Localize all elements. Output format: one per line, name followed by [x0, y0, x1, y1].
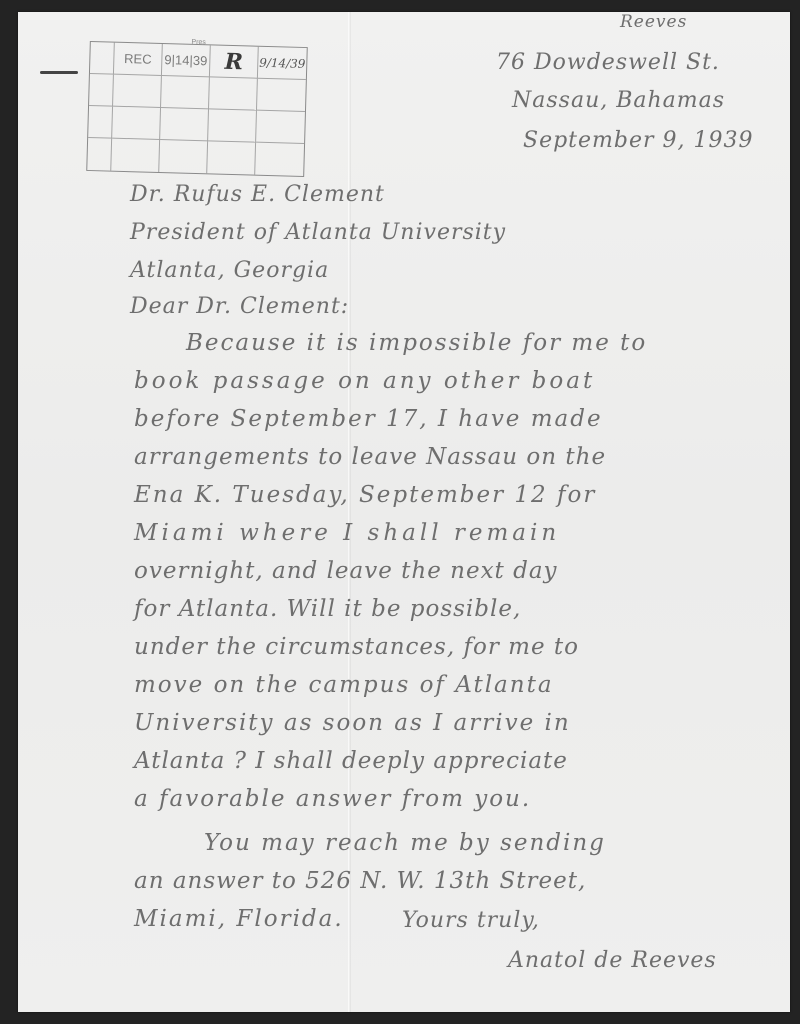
stamp-cell — [90, 42, 115, 75]
signature: Anatol de Reeves — [508, 948, 717, 973]
initials-mark: R — [224, 48, 243, 75]
stamp-cell — [160, 108, 209, 141]
body-line: move on the campus of Atlanta — [134, 672, 554, 698]
stamp-cell — [209, 77, 258, 110]
body-line: a favorable answer from you. — [134, 786, 531, 812]
body-line: Miami, Florida. — [134, 906, 344, 932]
letter-page: REC Pres 9|14|39 R 9/14/39 Reeves 76 Dow… — [18, 12, 790, 1012]
body-line: overnight, and leave the next day — [134, 558, 558, 584]
stamp-cell — [112, 107, 161, 140]
stamp-cell — [257, 79, 306, 112]
stamp-cell — [89, 74, 114, 107]
stamp-cell — [256, 111, 305, 144]
stamp-cell — [159, 140, 208, 173]
header-annotation: Reeves — [620, 12, 687, 32]
stamp-received-date: Pres 9|14|39 — [162, 44, 211, 77]
stamp-cell — [207, 141, 256, 174]
body-line: Ena K. Tuesday, September 12 for — [134, 482, 596, 508]
stamp-initials: R — [210, 45, 259, 78]
paperclip-mark — [40, 71, 78, 74]
body-line: Because it is impossible for me to — [186, 330, 647, 356]
body-line: before September 17, I have made — [134, 406, 603, 432]
body-line: arrangements to leave Nassau on the — [134, 444, 606, 470]
stamp-received-date-text: 9|14|39 — [164, 52, 207, 68]
received-stamp-grid: REC Pres 9|14|39 R 9/14/39 — [86, 41, 308, 177]
body-line: for Atlanta. Will it be possible, — [134, 596, 521, 622]
fold-crease-shadow — [350, 12, 351, 1012]
recipient-city: Atlanta, Georgia — [130, 258, 329, 283]
body-line: You may reach me by sending — [204, 830, 606, 856]
recipient-name: Dr. Rufus E. Clement — [130, 182, 385, 207]
stamp-cell — [113, 75, 162, 108]
sender-address-line1: 76 Dowdeswell St. — [496, 50, 720, 75]
stamp-cell — [208, 109, 257, 142]
stamp-cell — [161, 76, 210, 109]
recipient-title: President of Atlanta University — [130, 220, 506, 245]
stamp-cell — [255, 143, 304, 176]
stamp-cell — [88, 106, 113, 139]
fold-crease — [348, 12, 349, 1012]
body-line: Miami where I shall remain — [134, 520, 560, 546]
stamp-rec-label: REC — [114, 43, 163, 76]
body-line: under the circumstances, for me to — [134, 634, 579, 660]
salutation: Dear Dr. Clement: — [130, 294, 349, 319]
body-line: University as soon as I arrive in — [134, 710, 571, 736]
body-line: book passage on any other boat — [134, 368, 595, 394]
stamp-small-note: Pres — [191, 39, 206, 46]
stamp-cell — [111, 139, 160, 172]
stamp-second-date-text: 9/14/39 — [259, 55, 306, 70]
body-line: Atlanta ? I shall deeply appreciate — [134, 748, 568, 774]
body-line: an answer to 526 N. W. 13th Street, — [134, 868, 586, 894]
stamp-cell — [87, 138, 112, 171]
sender-address-line2: Nassau, Bahamas — [512, 88, 725, 113]
closing: Yours truly, — [402, 908, 540, 933]
letter-date: September 9, 1939 — [523, 128, 753, 153]
stamp-second-date: 9/14/39 — [258, 47, 307, 80]
